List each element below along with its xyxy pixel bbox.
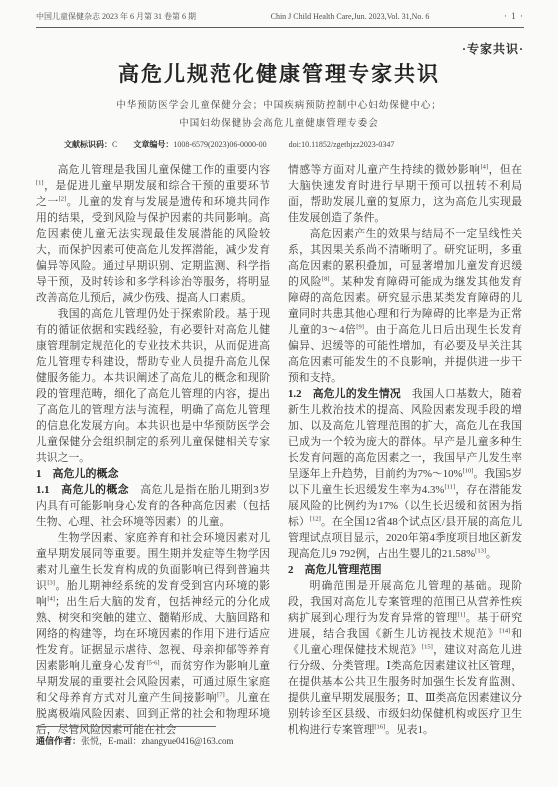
header-rule [36,27,524,28]
footnote-text: 张悦，E-mail：zhangyue0416@163.com [81,736,234,746]
journal-title-cn: 中国儿童保健杂志 2023 年 6 月第 31 卷第 6 期 [36,11,196,22]
subsection-1-2-lead: 1.2 高危儿的发生情况 [288,388,412,400]
journal-title-en: Chin J Child Health Care,Jun. 2023,Vol. … [271,12,430,21]
subsection-1-1: 1.1 高危儿的概念 高危儿是指在胎儿期到3岁内具有可能影响身心发育的各种高危因… [36,482,270,530]
paragraph-factors: 生物学因素、家庭养育和社会环境因素对儿童早期发展同等重要。围生期并发症等生物学因… [36,530,270,738]
page-number: · 1 · [504,11,524,21]
article-no-label: 文章编号： [133,140,173,149]
paragraph-intro-1: 高危儿管理是我国儿童保健工作的重要内容[1]，是促进儿童早期发展和综合干预的重要… [36,162,270,306]
page-header: 中国儿童保健杂志 2023 年 6 月第 31 卷第 6 期 Chin J Ch… [36,11,524,22]
paragraph-risk-outcome: 高危因素产生的效果与结局不一定呈线性关系，其因果关系尚不清晰明了。研究证明，多重… [288,226,522,386]
subsection-1-2-text: 我国人口基数大，随着新生儿救治技术的提高、风险因素发现手段的增加、以及高危儿管理… [288,388,522,560]
paragraph-management-scope: 明确范围是开展高危儿管理的基础。现阶段，我国对高危儿专案管理的范围已从营养性疾病… [288,578,522,738]
footnote-rule [36,726,216,727]
subsection-1-1-lead: 1.1 高危儿的概念 [36,484,140,496]
journal-page: 中国儿童保健杂志 2023 年 6 月第 31 卷第 6 期 Chin J Ch… [0,0,558,787]
column-left: 高危儿管理是我国儿童保健工作的重要内容[1]，是促进儿童早期发展和综合干预的重要… [36,162,270,738]
section-heading-2: 2 高危儿管理范围 [288,562,522,578]
subsection-1-2: 1.2 高危儿的发生情况 我国人口基数大，随着新生儿救治技术的提高、风险因素发现… [288,386,522,562]
author-affiliation-1: 中华预防医学会儿童保健分会；中国疾病预防控制中心妇幼保健中心； [0,97,558,111]
section-heading-1: 1 高危儿的概念 [36,466,270,482]
footnote-label: 通信作者： [36,736,81,746]
paragraph-factors-cont: 情感等方面对儿童产生持续的微妙影响[4]，但在大脑快速发育时进行早期干预可以扭转… [288,162,522,226]
section-badge: ·专家共识· [462,40,524,57]
doi-text: doi:10.11852/zgetbjzz2023-0347 [289,140,395,149]
column-right: 情感等方面对儿童产生持续的微妙影响[4]，但在大脑快速发育时进行早期干预可以扭转… [288,162,522,738]
article-no-value: 1008-6579(2023)06-0000-00 [173,140,266,149]
article-title: 高危儿规范化健康管理专家共识 [0,58,558,88]
doc-meta: 文献标识码：C 文章编号：1008-6579(2023)06-0000-00 d… [64,139,528,150]
paragraph-intro-2: 我国的高危儿管理仍处于探索阶段。基于现有的循证依据和实践经验，有必要针对高危儿健… [36,306,270,466]
doc-code-label: 文献标识码： [64,140,112,149]
author-affiliation-2: 中国妇幼保健协会高危儿童健康管理专委会 [0,115,558,129]
footnote: 通信作者：张悦，E-mail：zhangyue0416@163.com [36,734,524,747]
doc-code-value: C [112,140,117,149]
